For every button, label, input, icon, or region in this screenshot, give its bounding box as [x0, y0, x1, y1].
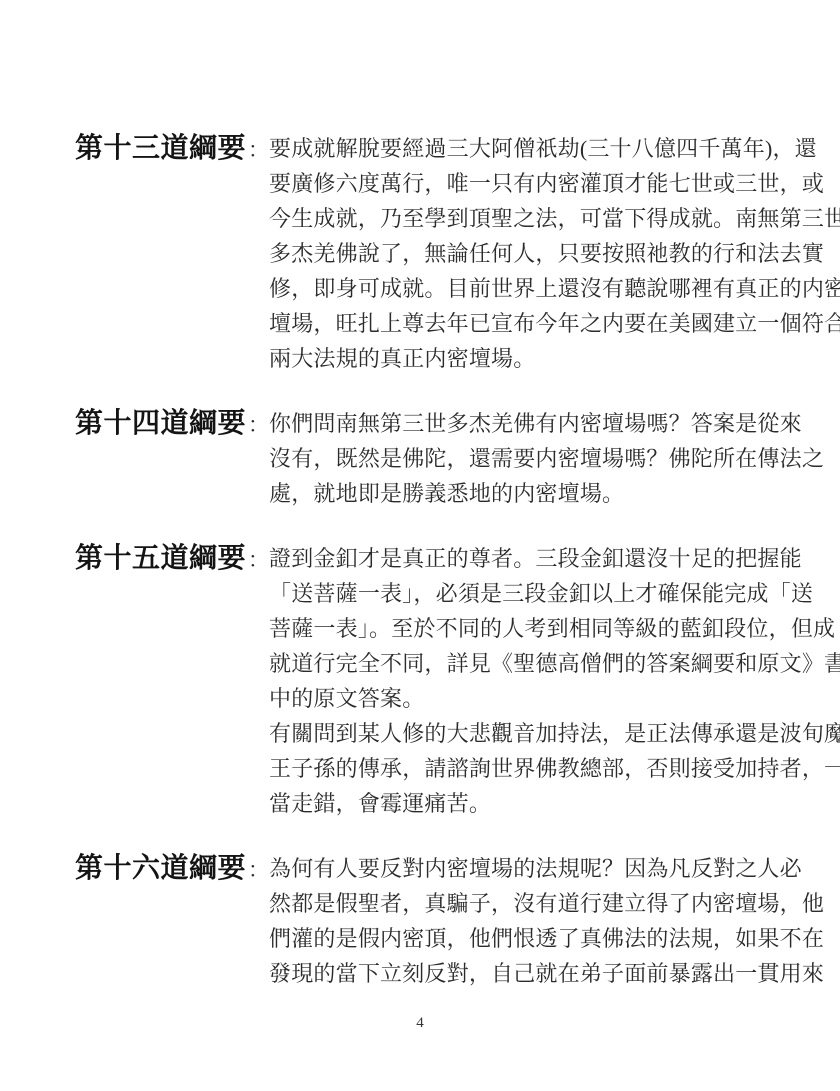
outline-section: 第十五道綱要：證到金釦才是真正的尊者。三段金釦還沒十足的把握能「送菩薩一表」，必…: [75, 541, 802, 821]
section-heading: 第十三道綱要: [75, 133, 246, 164]
body-line: 修，即身可成就。目前世界上還沒有聽說哪裡有真正的内密: [269, 271, 840, 306]
heading-colon: ：: [248, 413, 269, 437]
section-body: 為何有人要反對内密壇場的法規呢？因為凡反對之人必然都是假聖者，真騙子，沒有道行建…: [269, 851, 824, 991]
body-line: 王子孫的傳承，請諮詢世界佛教總部，否則接受加持者，一: [269, 751, 840, 786]
body-line: 要廣修六度萬行，唯一只有内密灌頂才能七世或三世，或: [269, 166, 840, 201]
body-line: 當走錯，會霉運痛苦。: [269, 786, 840, 821]
body-line: 要成就解脫要經過三大阿僧祇劫(三十八億四千萬年)，還: [269, 131, 840, 166]
section-body: 你們問南無第三世多杰羌佛有内密壇場嗎？答案是從來沒有，既然是佛陀，還需要内密壇場…: [269, 406, 824, 511]
section-body: 證到金釦才是真正的尊者。三段金釦還沒十足的把握能「送菩薩一表」，必須是三段金釦以…: [269, 541, 840, 821]
document-page: 第十三道綱要：要成就解脫要經過三大阿僧祇劫(三十八億四千萬年)，還要廣修六度萬行…: [0, 0, 840, 1091]
body-line: 兩大法規的真正内密壇場。: [269, 341, 840, 376]
page-footer: 4: [0, 1014, 840, 1032]
section-heading-cell: 第十四道綱要：: [75, 406, 269, 445]
outline-section: 第十三道綱要：要成就解脫要經過三大阿僧祇劫(三十八億四千萬年)，還要廣修六度萬行…: [75, 131, 802, 376]
outline-section: 第十六道綱要：為何有人要反對内密壇場的法規呢？因為凡反對之人必然都是假聖者，真騙…: [75, 851, 802, 991]
section-heading-cell: 第十三道綱要：: [75, 131, 269, 170]
body-line: 今生成就，乃至學到頂聖之法，可當下得成就。南無第三世: [269, 201, 840, 236]
body-line: 菩薩一表」。至於不同的人考到相同等級的藍釦段位，但成: [269, 611, 840, 646]
section-heading: 第十五道綱要: [75, 543, 246, 574]
body-line: 多杰羌佛說了，無論任何人，只要按照祂教的行和法去實: [269, 236, 840, 271]
body-line: 中的原文答案。: [269, 681, 840, 716]
page-number: 4: [416, 1015, 424, 1031]
section-heading: 第十四道綱要: [75, 408, 246, 439]
body-line: 發現的當下立刻反對，自己就在弟子面前暴露出一貫用來: [269, 956, 824, 991]
body-line: 就道行完全不同，詳見《聖德高僧們的答案綱要和原文》書: [269, 646, 840, 681]
heading-colon: ：: [248, 548, 269, 572]
body-line: 證到金釦才是真正的尊者。三段金釦還沒十足的把握能: [269, 541, 840, 576]
body-line: 為何有人要反對内密壇場的法規呢？因為凡反對之人必: [269, 851, 824, 886]
document-content: 第十三道綱要：要成就解脫要經過三大阿僧祇劫(三十八億四千萬年)，還要廣修六度萬行…: [75, 131, 802, 1021]
section-heading: 第十六道綱要: [75, 853, 246, 884]
body-line: 你們問南無第三世多杰羌佛有内密壇場嗎？答案是從來: [269, 406, 824, 441]
section-heading-cell: 第十五道綱要：: [75, 541, 269, 580]
body-line: 有關問到某人修的大悲觀音加持法，是正法傳承還是波旬魔: [269, 716, 840, 751]
heading-colon: ：: [248, 138, 269, 162]
body-line: 處，就地即是勝義悉地的内密壇場。: [269, 476, 824, 511]
body-line: 「送菩薩一表」，必須是三段金釦以上才確保能完成「送: [269, 576, 840, 611]
section-body: 要成就解脫要經過三大阿僧祇劫(三十八億四千萬年)，還要廣修六度萬行，唯一只有内密…: [269, 131, 840, 376]
body-line: 然都是假聖者，真騙子，沒有道行建立得了内密壇場，他: [269, 886, 824, 921]
body-line: 壇場，旺扎上尊去年已宣布今年之内要在美國建立一個符合: [269, 306, 840, 341]
section-heading-cell: 第十六道綱要：: [75, 851, 269, 890]
body-line: 沒有，既然是佛陀，還需要内密壇場嗎？佛陀所在傳法之: [269, 441, 824, 476]
outline-section: 第十四道綱要：你們問南無第三世多杰羌佛有内密壇場嗎？答案是從來沒有，既然是佛陀，…: [75, 406, 802, 511]
body-line: 們灌的是假内密頂，他們恨透了真佛法的法規，如果不在: [269, 921, 824, 956]
heading-colon: ：: [248, 858, 269, 882]
